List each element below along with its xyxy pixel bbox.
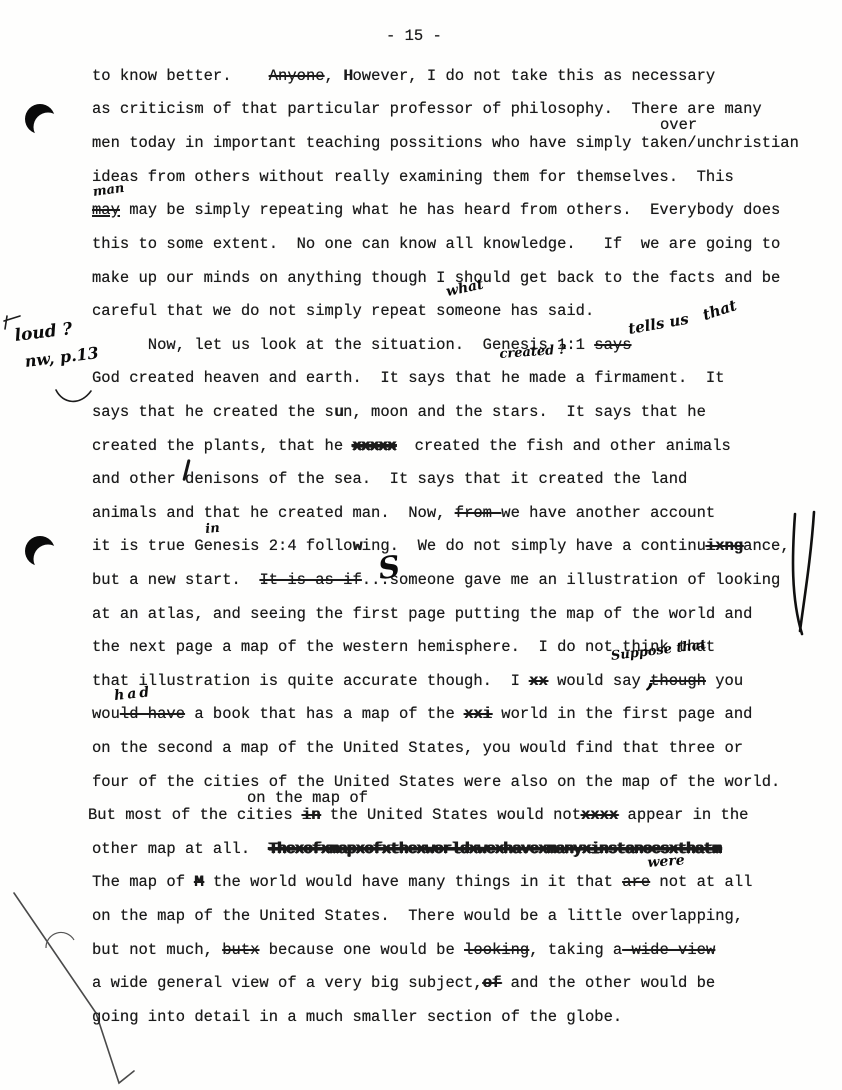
- typed-line: it is true Genesis 2:4 following. We do …: [92, 537, 790, 555]
- typed-text-segment: , taking a: [529, 941, 622, 959]
- typed-text-segment: men today in important teaching possitio…: [92, 134, 799, 152]
- struck-text-segment: are: [622, 873, 650, 891]
- struck-text-segment: xx: [529, 672, 548, 690]
- typed-text-segment: that illustration is quite accurate thou…: [92, 672, 529, 690]
- typed-text-segment: but not much,: [92, 941, 222, 959]
- typed-text-segment: ,: [325, 67, 344, 85]
- typed-text-segment: not at all: [650, 873, 752, 891]
- typed-text-segment: n, moon and the stars. It says that he: [343, 403, 706, 421]
- handwritten-note: in: [205, 521, 221, 537]
- typed-line: this to some extent. No one can know all…: [92, 235, 780, 253]
- handwritten-note: created ?: [499, 342, 567, 362]
- typed-line: on the map of the United States. There w…: [92, 907, 743, 925]
- typed-line: The map of M the world would have many t…: [92, 873, 752, 891]
- struck-text-segment: ixng: [706, 537, 743, 555]
- struck-text-segment: It is as if: [259, 571, 361, 589]
- typed-text-segment: because one would be: [259, 941, 464, 959]
- document-page: - 15 - to know better. Anyone, However, …: [0, 0, 842, 1090]
- typed-line: But most of the cities in the United Sta…: [88, 806, 748, 824]
- handwritten-note: had: [113, 684, 153, 704]
- typed-line: going into detail in a much smaller sect…: [92, 1008, 622, 1026]
- typed-text-segment: on the map of the United States. There w…: [92, 907, 743, 925]
- handwritten-note: that: [700, 296, 738, 324]
- handwritten-note: man: [92, 181, 125, 200]
- handwritten-note: ,: [646, 664, 654, 693]
- struck-text-segment: Anyone: [269, 67, 325, 85]
- struck-text-segment: u: [334, 403, 343, 421]
- struck-text-segment: may: [92, 201, 120, 219]
- typed-text-segment: world in the first page and: [492, 705, 752, 723]
- typed-line: to know better. Anyone, However, I do no…: [92, 67, 715, 85]
- struck-text-segment: M: [194, 873, 203, 891]
- typed-text-segment: ...someone gave me an illustration of lo…: [362, 571, 781, 589]
- faint-arc-bottom-left: [46, 932, 74, 948]
- typed-text-segment: a wide general view of a very big subjec…: [92, 974, 483, 992]
- struck-text-segment: from-: [455, 504, 502, 522]
- typed-line: created the plants, that he xxxxx create…: [92, 437, 731, 455]
- struck-text-segment: looking: [464, 941, 529, 959]
- struck-text-segment: xxxx: [581, 806, 618, 824]
- typed-text-segment: it is true Genesis 2:4 follo: [92, 537, 352, 555]
- typed-text-segment: going into detail in a much smaller sect…: [92, 1008, 622, 1026]
- struck-text-segment: says: [594, 336, 631, 354]
- struck-text-segment: -wide view: [622, 941, 715, 959]
- typed-line: but not much, butx because one would be …: [92, 941, 715, 959]
- typed-text-segment: the world would have many things in it t…: [204, 873, 623, 891]
- page-number-header: - 15 -: [386, 27, 442, 45]
- handwritten-note: tells us: [627, 310, 690, 338]
- punch-hole-shadow-middle: [25, 536, 63, 574]
- typed-text-segment: we have another account: [501, 504, 715, 522]
- typed-text-segment: says that he created the s: [92, 403, 334, 421]
- typed-line: and other denisons of the sea. It says t…: [92, 470, 687, 488]
- typed-text-segment: may be simply repeating what he has hear…: [120, 201, 780, 219]
- typed-text-segment: The map of: [92, 873, 194, 891]
- typed-line: may may be simply repeating what he has …: [92, 201, 780, 219]
- typed-line: a wide general view of a very big subjec…: [92, 974, 715, 992]
- typed-text-segment: the United States would not: [321, 806, 581, 824]
- typed-line: make up our minds on anything though I s…: [92, 269, 780, 287]
- typed-text-segment: ing. We do not simply have a continu: [362, 537, 706, 555]
- typed-text-segment: on the second a map of the United States…: [92, 739, 743, 757]
- typed-text-segment: appear in the: [618, 806, 748, 824]
- typed-text-segment: created the plants, that he: [92, 437, 352, 455]
- struck-text-segment: though: [650, 672, 706, 690]
- typed-text-segment: animals and that he created man. Now,: [92, 504, 455, 522]
- typed-line: animals and that he created man. Now, fr…: [92, 504, 715, 522]
- typed-insertion: over: [660, 116, 697, 134]
- typed-line: men today in important teaching possitio…: [92, 134, 799, 152]
- handwritten-note: loud ?: [14, 319, 74, 346]
- handwritten-note: S: [376, 549, 402, 587]
- typed-line: four of the cities of the United States …: [92, 773, 780, 791]
- typed-text-segment: and the other would be: [501, 974, 715, 992]
- typed-text-segment: would say: [548, 672, 650, 690]
- typed-text-segment: make up our minds on anything though I s…: [92, 269, 780, 287]
- typed-line: other map at all. Thexofxmapxofxthexworl…: [92, 840, 721, 858]
- struck-text-segment: in: [302, 806, 321, 824]
- typed-text-segment: God created heaven and earth. It says th…: [92, 369, 725, 387]
- typed-text-segment: four of the cities of the United States …: [92, 773, 780, 791]
- typed-line: on the second a map of the United States…: [92, 739, 743, 757]
- typed-text-segment: owever, I do not take this as necessary: [352, 67, 715, 85]
- handwritten-note: nw, p.13: [24, 343, 100, 371]
- typed-insertion: on the map of: [247, 789, 368, 807]
- typed-text-segment: you: [706, 672, 743, 690]
- typed-text-segment: wou: [92, 705, 120, 723]
- struck-text-segment: xxxxx: [352, 437, 396, 455]
- typed-text-segment: a book that has a map of the: [185, 705, 464, 723]
- typed-text-segment: but a new start.: [92, 571, 259, 589]
- typed-text-segment: created the fish and other animals: [396, 437, 731, 455]
- typed-text-segment: to know better.: [92, 67, 269, 85]
- struck-text-segment: xxi: [464, 705, 492, 723]
- typed-line: ideas from others without really examini…: [92, 168, 734, 186]
- typed-line: at an atlas, and seeing the first page p…: [92, 605, 752, 623]
- typed-text-segment: other map at all.: [92, 840, 269, 858]
- typed-line: God created heaven and earth. It says th…: [92, 369, 725, 387]
- struck-text-segment: of: [483, 974, 502, 992]
- typed-text-segment: ance,: [743, 537, 790, 555]
- typed-text-segment: at an atlas, and seeing the first page p…: [92, 605, 752, 623]
- struck-text-segment: w: [352, 537, 361, 555]
- typed-line: but a new start. It is as if...someone g…: [92, 571, 780, 589]
- typed-line: careful that we do not simply repeat som…: [92, 302, 594, 320]
- typed-text-segment: this to some extent. No one can know all…: [92, 235, 780, 253]
- struck-text-segment: ld have: [120, 705, 185, 723]
- margin-swoosh-mark: [56, 390, 91, 401]
- typed-text-segment: careful that we do not simply repeat som…: [92, 302, 594, 320]
- margin-emphasis-double-stroke: [793, 512, 814, 634]
- struck-text-segment: butx: [222, 941, 259, 959]
- punch-hole-shadow-top: [25, 104, 63, 142]
- handwritten-note: were: [647, 852, 685, 871]
- typed-text-segment: ideas from others without really examini…: [92, 168, 734, 186]
- typed-text-segment: But most of the cities: [88, 806, 302, 824]
- typed-line: would have a book that has a map of the …: [92, 705, 752, 723]
- typed-text-segment: and other denisons of the sea. It says t…: [92, 470, 687, 488]
- typed-line: says that he created the sun, moon and t…: [92, 403, 706, 421]
